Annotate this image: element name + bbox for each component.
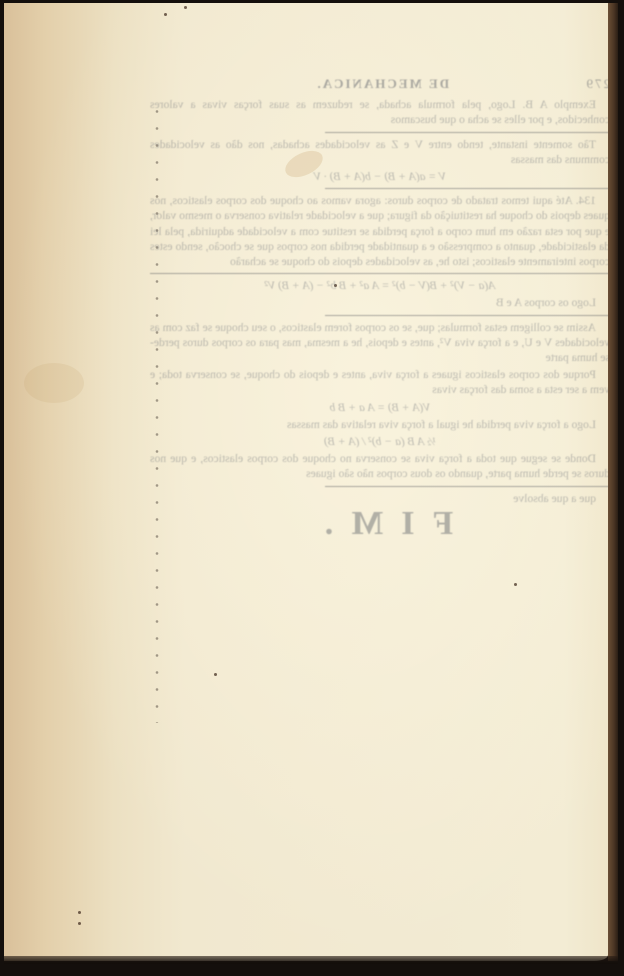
paragraph: Porque dos corpos elasticos iguaes a for… [150, 367, 610, 397]
formula: A(a − V)² + B(V − b)² = A a² + B b² − (A… [150, 278, 610, 293]
paragraph: Exemplo A B. Logo, pela formula achada, … [150, 97, 610, 127]
formula: ½ A B (a − b)² / (A + B) [150, 434, 610, 449]
paragraph: que a que absolve [150, 491, 610, 506]
rule [325, 486, 610, 487]
formula: V(A + B) = A a + B b [150, 400, 610, 415]
paper-speck [164, 13, 167, 16]
running-head-title: DE MECHANICA. [180, 76, 585, 91]
paragraph: Logo a força viva perdida he igual a for… [150, 417, 610, 432]
page-edge-right [608, 3, 618, 961]
rule [150, 273, 610, 274]
paper-speck [514, 583, 517, 586]
paper-stain [24, 363, 84, 403]
show-through-text: 279 DE MECHANICA. Exemplo A B. Logo, pel… [150, 76, 610, 531]
paper-speck [78, 911, 81, 914]
paragraph: Tão somente instante, tendo entre V e Z … [150, 137, 610, 167]
rule [325, 132, 610, 133]
rule [325, 315, 610, 316]
paragraph: Donde se segue que toda a força viva se … [150, 451, 610, 481]
paper-speck [214, 673, 217, 676]
running-head: 279 DE MECHANICA. [150, 76, 610, 91]
page-edge-bottom [4, 956, 618, 964]
rule [325, 188, 610, 189]
formula: V = a(A + B) − b(A + B) · V [150, 169, 610, 184]
paragraph: Logo os corpos A e B [150, 295, 610, 310]
paragraph: 134. Até aqui temos tratado de corpos du… [150, 193, 610, 269]
paragraph: Assim se colligem estas formulas; que, s… [150, 320, 610, 366]
closing-fim: FIM. [150, 516, 610, 531]
paper-speck [184, 6, 187, 9]
page-number: 279 [585, 76, 611, 91]
paper-speck [78, 922, 81, 925]
